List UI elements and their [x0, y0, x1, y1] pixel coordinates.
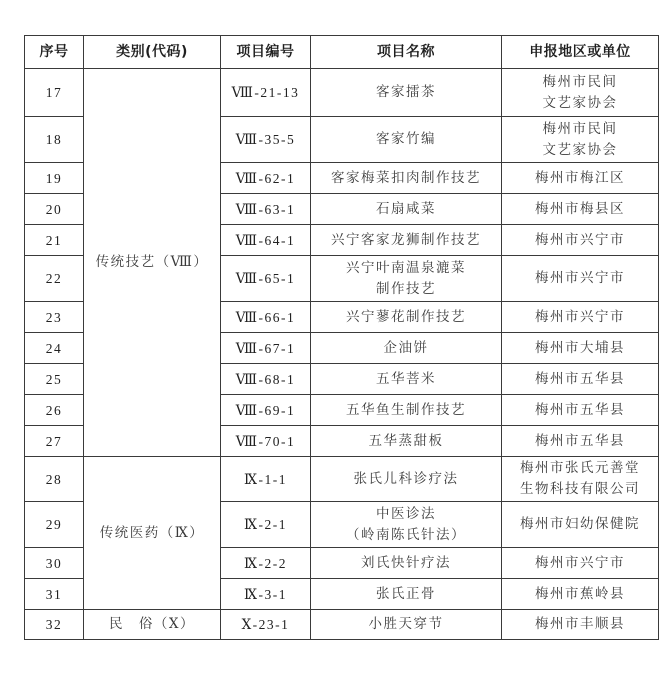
project-name: 小胜天穿节	[311, 610, 502, 640]
document-page: 序号 类别(代码) 项目编号 项目名称 申报地区或单位 17 传统技艺（Ⅷ） Ⅷ…	[24, 35, 659, 640]
applicant-unit: 梅州市五华县	[502, 364, 659, 395]
project-code: Ⅷ-64-1	[221, 225, 311, 256]
table-row: 17 传统技艺（Ⅷ） Ⅷ-21-13 客家擂茶 梅州市民间文艺家协会	[25, 69, 659, 117]
project-name: 客家梅菜扣肉制作技艺	[311, 163, 502, 194]
serial-number: 31	[25, 579, 84, 610]
project-name: 张氏正骨	[311, 579, 502, 610]
category-traditional-crafts: 传统技艺（Ⅷ）	[84, 69, 221, 457]
applicant-unit: 梅州市兴宁市	[502, 256, 659, 302]
applicant-unit: 梅州市张氏元善堂生物科技有限公司	[502, 457, 659, 502]
applicant-unit: 梅州市大埔县	[502, 333, 659, 364]
serial-number: 28	[25, 457, 84, 502]
table-header-row: 序号 类别(代码) 项目编号 项目名称 申报地区或单位	[25, 36, 659, 69]
serial-number: 27	[25, 426, 84, 457]
header-serial-number: 序号	[25, 36, 84, 69]
project-name: 石扇咸菜	[311, 194, 502, 225]
project-code: Ⅷ-70-1	[221, 426, 311, 457]
project-name: 五华菩米	[311, 364, 502, 395]
project-name: 兴宁叶南温泉漉菜制作技艺	[311, 256, 502, 302]
project-code: Ⅷ-66-1	[221, 302, 311, 333]
applicant-unit: 梅州市蕉岭县	[502, 579, 659, 610]
serial-number: 18	[25, 117, 84, 163]
applicant-unit: 梅州市梅江区	[502, 163, 659, 194]
project-name: 企油饼	[311, 333, 502, 364]
category-traditional-medicine: 传统医药（Ⅸ）	[84, 457, 221, 610]
project-code: Ⅷ-69-1	[221, 395, 311, 426]
project-name: 客家竹编	[311, 117, 502, 163]
header-project-name: 项目名称	[311, 36, 502, 69]
serial-number: 30	[25, 548, 84, 579]
header-category: 类别(代码)	[84, 36, 221, 69]
project-code: Ⅷ-67-1	[221, 333, 311, 364]
project-code: Ⅸ-2-1	[221, 502, 311, 548]
serial-number: 24	[25, 333, 84, 364]
applicant-unit: 梅州市兴宁市	[502, 548, 659, 579]
serial-number: 26	[25, 395, 84, 426]
project-code: Ⅷ-63-1	[221, 194, 311, 225]
project-code: Ⅸ-2-2	[221, 548, 311, 579]
applicant-unit: 梅州市民间文艺家协会	[502, 69, 659, 117]
project-name: 张氏儿科诊疗法	[311, 457, 502, 502]
project-name: 客家擂茶	[311, 69, 502, 117]
project-name: 五华蒸甜板	[311, 426, 502, 457]
applicant-unit: 梅州市五华县	[502, 426, 659, 457]
applicant-unit: 梅州市兴宁市	[502, 302, 659, 333]
table-row: 28 传统医药（Ⅸ） Ⅸ-1-1 张氏儿科诊疗法 梅州市张氏元善堂生物科技有限公…	[25, 457, 659, 502]
applicant-unit: 梅州市兴宁市	[502, 225, 659, 256]
serial-number: 19	[25, 163, 84, 194]
applicant-unit: 梅州市丰顺县	[502, 610, 659, 640]
project-name: 兴宁客家龙狮制作技艺	[311, 225, 502, 256]
project-code: Ⅹ-23-1	[221, 610, 311, 640]
applicant-unit: 梅州市妇幼保健院	[502, 502, 659, 548]
project-code: Ⅸ-3-1	[221, 579, 311, 610]
heritage-project-table: 序号 类别(代码) 项目编号 项目名称 申报地区或单位 17 传统技艺（Ⅷ） Ⅷ…	[24, 35, 659, 640]
header-applicant-unit: 申报地区或单位	[502, 36, 659, 69]
project-code: Ⅷ-21-13	[221, 69, 311, 117]
project-name: 刘氏快针疗法	[311, 548, 502, 579]
category-folk-custom: 民 俗（Ⅹ）	[84, 610, 221, 640]
serial-number: 22	[25, 256, 84, 302]
applicant-unit: 梅州市民间文艺家协会	[502, 117, 659, 163]
project-code: Ⅷ-68-1	[221, 364, 311, 395]
header-project-code: 项目编号	[221, 36, 311, 69]
serial-number: 20	[25, 194, 84, 225]
serial-number: 17	[25, 69, 84, 117]
serial-number: 25	[25, 364, 84, 395]
project-code: Ⅸ-1-1	[221, 457, 311, 502]
project-name: 五华鱼生制作技艺	[311, 395, 502, 426]
project-name: 兴宁蓼花制作技艺	[311, 302, 502, 333]
project-code: Ⅷ-35-5	[221, 117, 311, 163]
table-row: 32 民 俗（Ⅹ） Ⅹ-23-1 小胜天穿节 梅州市丰顺县	[25, 610, 659, 640]
serial-number: 32	[25, 610, 84, 640]
serial-number: 23	[25, 302, 84, 333]
serial-number: 29	[25, 502, 84, 548]
project-name: 中医诊法（岭南陈氏针法）	[311, 502, 502, 548]
project-code: Ⅷ-65-1	[221, 256, 311, 302]
applicant-unit: 梅州市梅县区	[502, 194, 659, 225]
applicant-unit: 梅州市五华县	[502, 395, 659, 426]
serial-number: 21	[25, 225, 84, 256]
project-code: Ⅷ-62-1	[221, 163, 311, 194]
